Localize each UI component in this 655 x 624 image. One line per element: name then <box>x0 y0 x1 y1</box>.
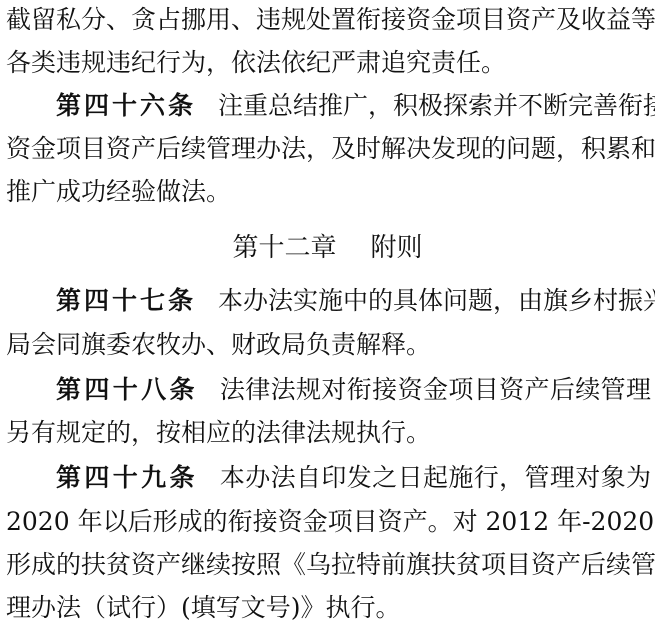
paragraph-line: 截留私分、贪占挪用、违规处置衔接资金项目资产及收益等 <box>6 0 651 42</box>
document-page: 截留私分、贪占挪用、违规处置衔接资金项目资产及收益等 各类违规违纪行为，依法依纪… <box>0 0 655 624</box>
paragraph-line: 另有规定的，按相应的法律法规执行。 <box>6 411 651 455</box>
article-47-text: 本办法实施中的具体问题，由旗乡村振兴 <box>218 286 655 315</box>
article-48-label: 第四十八条 <box>56 375 198 404</box>
article-48-first-line: 第四十八条法律法规对衔接资金项目资产后续管理 <box>56 368 651 412</box>
article-49-text: 本办法自印发之日起施行，管理对象为 <box>220 463 651 492</box>
paragraph-line: 理办法（试行）(填写文号)》执行。 <box>6 586 651 624</box>
paragraph-line: 形成的扶贫资产继续按照《乌拉特前旗扶贫项目资产后续管 <box>6 543 651 587</box>
article-46-label: 第四十六条 <box>56 91 196 120</box>
article-49-first-line: 第四十九条本办法自印发之日起施行，管理对象为 <box>56 456 651 500</box>
article-49-label: 第四十九条 <box>56 463 198 492</box>
article-46-first-line: 第四十六条注重总结推广，积极探索并不断完善衔接 <box>56 84 651 128</box>
paragraph-line: 局会同旗委农牧办、财政局负责解释。 <box>6 323 651 367</box>
article-48-text: 法律法规对衔接资金项目资产后续管理 <box>220 375 651 404</box>
paragraph-line: 各类违规违纪行为，依法依纪严肃追究责任。 <box>6 41 651 85</box>
chapter-title: 附则 <box>371 233 423 263</box>
chapter-number: 第十二章 <box>232 233 336 263</box>
paragraph-line: 资金项目资产后续管理办法，及时解决发现的问题，积累和 <box>6 127 651 171</box>
article-47-label: 第四十七条 <box>56 286 196 315</box>
article-46-text: 注重总结推广，积极探索并不断完善衔接 <box>218 91 655 120</box>
article-47-first-line: 第四十七条本办法实施中的具体问题，由旗乡村振兴 <box>56 279 651 323</box>
chapter-heading: 第十二章附则 <box>0 226 655 270</box>
paragraph-line: 2020 年以后形成的衔接资金项目资产。对 2012 年-2020 年 <box>6 500 651 544</box>
paragraph-line: 推广成功经验做法。 <box>6 170 651 214</box>
